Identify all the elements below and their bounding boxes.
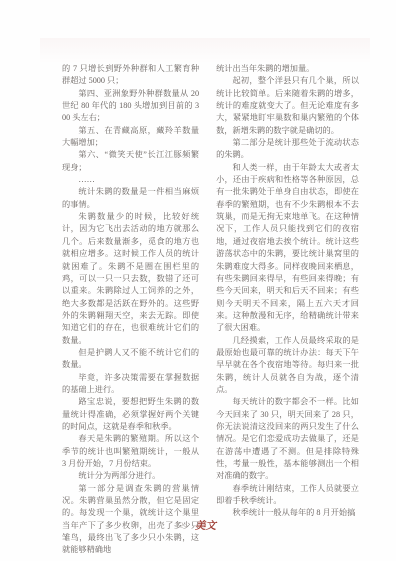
page-footer: 124 美文 bbox=[0, 516, 392, 534]
paragraph: 但是护鹮人又不能不统计它们的数量。 bbox=[62, 347, 199, 372]
scan-artifact bbox=[40, 38, 370, 64]
paragraph: 路宝忠说，要想把野生朱鹮的数量统计得准确，必须掌握好两个关键的时间点，这就是春季… bbox=[62, 396, 199, 433]
paragraph: 春季统计刚结束，工作人员就要立即着手秋季统计。 bbox=[216, 483, 359, 508]
paragraph: 统计分为两部分进行。 bbox=[62, 470, 199, 482]
paragraph: 统计朱鹮的数量是一件相当麻烦的事情。 bbox=[62, 186, 199, 211]
paragraph: 的 7 只增长到野外种群和人工繁育种群超过 5000 只； bbox=[62, 63, 199, 88]
paragraph: 起初，整个洋县只有几个巢，所以统计比较简单。后来随着朱鹮的增多，统计的难度就变大… bbox=[216, 75, 359, 137]
magazine-logo: 美文 bbox=[195, 521, 216, 532]
paragraph: …… bbox=[62, 174, 199, 186]
paragraph: 几经摸索，工作人员最终采取的是最原始也最可靠的统计办法：每天下午早早就在各个夜宿… bbox=[216, 335, 359, 397]
page-body: 的 7 只增长到野外种群和人工繁育种群超过 5000 只；第四、亚洲象野外种群数… bbox=[62, 63, 359, 557]
paragraph: 第二部分是统计那些处于流动状态的朱鹮。 bbox=[216, 137, 359, 162]
paragraph: 毕竟，许多决策需要在掌握数据的基础上进行。 bbox=[62, 372, 199, 397]
magazine-page: 的 7 只增长到野外种群和人工繁育种群超过 5000 只；第四、亚洲象野外种群数… bbox=[0, 0, 396, 561]
paragraph: 统计出当年朱鹮的增加量。 bbox=[216, 63, 359, 75]
paragraph: 第四、亚洲象野外种群数量从 20 世纪 80 年代的 180 头增加到目前的 3… bbox=[62, 88, 199, 125]
paragraph: 每天统计的数字都会不一样。比如今天回来了 30 只，明天回来了 28 只，你无法… bbox=[216, 396, 359, 482]
paragraph: 第五、在青藏高原，藏羚羊数量大幅增加； bbox=[62, 125, 199, 150]
page-number: 124 bbox=[176, 521, 188, 529]
paragraph: 春天是朱鹮的繁殖期。所以这个季节的统计也叫繁殖期统计，一般从 3 月份开始，7 … bbox=[62, 433, 199, 470]
paragraph: 第六、“微笑天使”长江江豚频繁现身； bbox=[62, 149, 199, 174]
right-text-column: 统计出当年朱鹮的增加量。起初，整个洋县只有几个巢，所以统计比较简单。后来随着朱鹮… bbox=[216, 63, 359, 557]
left-text-column: 的 7 只增长到野外种群和人工繁育种群超过 5000 只；第四、亚洲象野外种群数… bbox=[62, 63, 199, 557]
paragraph: 和人类一样，由于年龄太大或者太小，还由于疾病和性格等各种原因，总有一批朱鹮处于单… bbox=[216, 162, 359, 335]
paragraph: 朱鹮数量少的时候，比较好统计，因为它飞出去活动的地方就那么几个。后来数量渐多，觅… bbox=[62, 211, 199, 347]
